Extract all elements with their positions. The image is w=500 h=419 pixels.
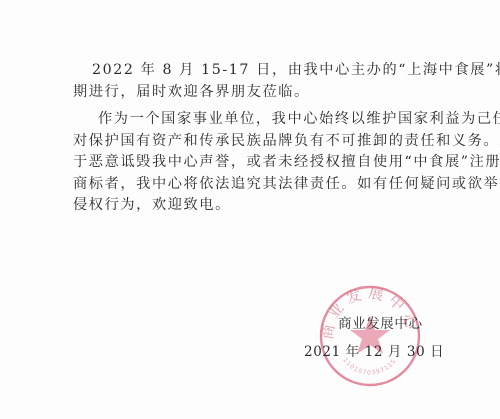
paragraph-1-line-1: 2022 年 8 月 15-17 日，由我中心主办的“上海中食展”将如 [92,62,500,78]
paragraph-2-line-2: 对保护国有资产和传承民族品牌负有不可推卸的责任和义务。对 [73,133,500,149]
paragraph-1-line-2: 期进行，届时欢迎各界朋友莅临。 [73,84,310,100]
official-seal-icon: 商业发展中心 1101070397115 [318,284,422,388]
paragraph-2-line-3: 于恶意诋毁我中心声誉，或者未经授权擅自使用“中食展”注册 [73,154,500,170]
paragraph-2-line-4: 商标者，我中心将依法追究其法律责任。如有任何疑问或欲举报 [73,176,500,192]
paragraph-2-line-1: 作为一个国家事业单位，我中心始终以维护国家利益为己任， [98,111,500,127]
signature-date: 2021 年 12 月 30 日 [304,340,444,360]
signature-organization: 商业发展中心 [338,312,423,332]
notice-document: 2022 年 8 月 15-17 日，由我中心主办的“上海中食展”将如 期进行，… [0,0,500,419]
paragraph-2-line-5: 侵权行为，欢迎致电。 [73,197,231,213]
